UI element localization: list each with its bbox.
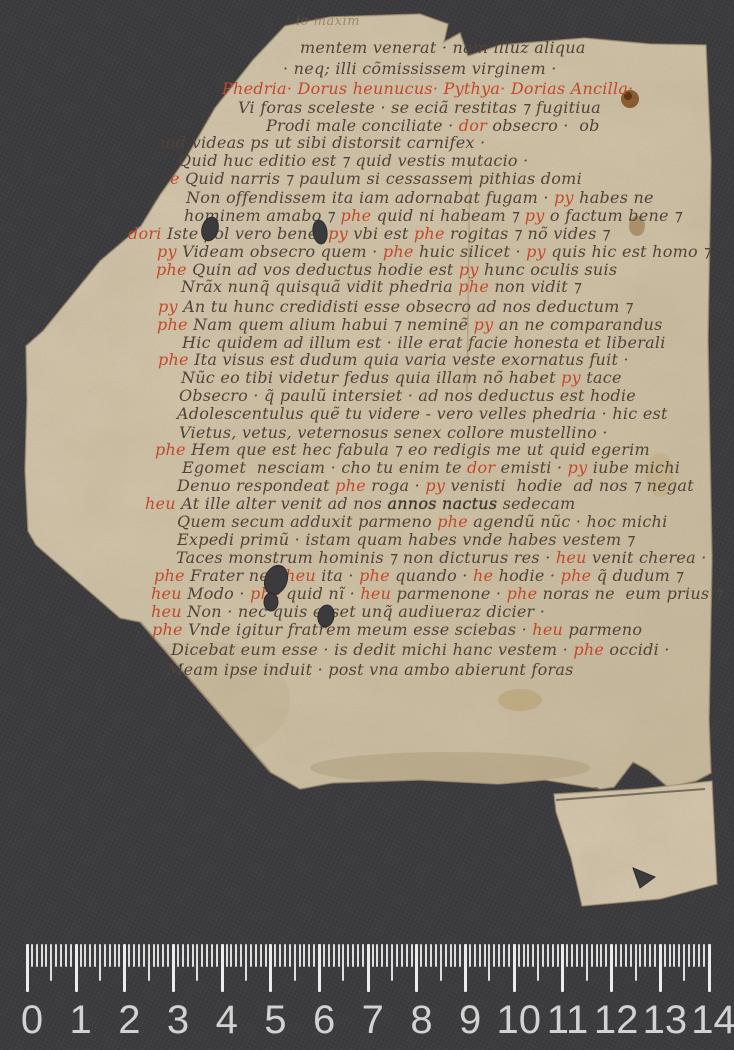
ruler-cm-tick — [221, 944, 224, 992]
ruler-cm-tick — [75, 944, 78, 992]
ruler-mm-tick — [630, 944, 632, 967]
ink-text: mentem venerat · nam illuz aliqua — [300, 38, 586, 57]
ruler-mm-tick — [508, 944, 510, 967]
ruler-mm-tick — [479, 944, 481, 967]
ink-text: Videam obsecro quem · — [182, 242, 383, 261]
ruler-number: 14 — [691, 998, 734, 1043]
ruler-mm-tick — [45, 944, 47, 967]
ruler-mm-tick — [216, 944, 218, 967]
ink-text: quis hic est homo ⁊ — [546, 242, 712, 261]
ruler-halfcm-tick — [635, 944, 637, 981]
ruler-mm-tick — [255, 944, 257, 967]
ink-text: Nam quem alium habui ⁊ neminẽ — [193, 315, 473, 334]
manuscript-line: heu Modo · phe quid nĩ · heu parmenone ·… — [151, 584, 723, 603]
ruler-halfcm-tick — [391, 944, 393, 981]
ink-text: venit cherea · — [587, 548, 707, 567]
ruler-halfcm-tick — [196, 944, 198, 981]
ruler-cm-tick — [318, 944, 321, 992]
ink-text: annos nactus — [387, 494, 497, 513]
ruler-mm-tick — [41, 944, 43, 967]
rubric-text: heu — [145, 494, 181, 513]
ruler-number: 7 — [362, 998, 384, 1043]
ruler-mm-tick — [284, 944, 286, 967]
ruler-mm-tick — [600, 944, 602, 967]
ruler-mm-tick — [469, 944, 471, 967]
manuscript-line: uid videas ps ut sibi distorsit carnifex… — [160, 133, 485, 152]
ruler-number: 11 — [547, 998, 589, 1043]
ruler-number: 12 — [594, 998, 639, 1043]
ruler-mm-tick — [201, 944, 203, 967]
ruler-halfcm-tick — [148, 944, 150, 981]
ruler-mm-tick — [454, 944, 456, 967]
manuscript-line: Denuo respondeat phe roga · py venisti h… — [177, 476, 694, 495]
ruler-mm-tick — [133, 944, 135, 967]
rubric-text: heu — [151, 584, 187, 603]
ruler-mm-tick — [669, 944, 671, 967]
rubric-text: phe — [335, 476, 366, 495]
ruler-mm-tick — [474, 944, 476, 967]
ruler-mm-tick — [328, 944, 330, 967]
manuscript-line: heu Non · nec quis esset unq̃ audiueraz … — [151, 602, 545, 621]
ruler-cm-tick — [415, 944, 418, 992]
ruler-number: 4 — [216, 998, 238, 1043]
ruler-number: 0 — [21, 998, 43, 1043]
ruler-mm-tick — [523, 944, 525, 967]
ruler-number: 3 — [167, 998, 189, 1043]
ruler-mm-tick — [118, 944, 120, 967]
ink-text: Modo · — [187, 584, 250, 603]
ruler-halfcm-tick — [440, 944, 442, 981]
ruler-mm-tick — [503, 944, 505, 967]
ruler-mm-tick — [55, 944, 57, 967]
ruler-mm-tick — [303, 944, 305, 967]
ruler-mm-tick — [484, 944, 486, 967]
rubric-text: phe — [157, 315, 193, 334]
ruler-mm-tick — [347, 944, 349, 967]
ink-text: quando · — [390, 566, 473, 585]
rubric-text: phe — [561, 566, 592, 585]
ruler-mm-tick — [576, 944, 578, 967]
ink-text: habes ne — [574, 188, 654, 207]
ruler-mm-tick — [177, 944, 179, 967]
manuscript-line: Vi foras sceleste · se eciã restitas ⁊ f… — [238, 98, 601, 117]
ruler-mm-tick — [493, 944, 495, 967]
manuscript-line: py Videam obsecro quem · phe huic silice… — [157, 242, 711, 261]
ruler-mm-tick — [323, 944, 325, 967]
ruler-cm-tick — [610, 944, 613, 992]
rubric-text: heu — [556, 548, 587, 567]
ruler-halfcm-tick — [294, 944, 296, 981]
ruler-mm-tick — [411, 944, 413, 967]
rubric-text: py — [554, 188, 574, 207]
manuscript-line: dori Iste pol vero bene py vbi est phe r… — [128, 224, 610, 243]
ink-text: parmeno — [563, 620, 642, 639]
rubric-text: heu — [285, 566, 316, 585]
ruler: 01234567891011121314 — [0, 938, 734, 1050]
ruler-mm-tick — [235, 944, 237, 967]
ruler-mm-tick — [678, 944, 680, 967]
ruler-mm-tick — [357, 944, 359, 967]
rubric-text: py — [157, 242, 182, 261]
ink-text: Vnde igitur fratrem meum esse sciebas · — [188, 620, 532, 639]
ink-text: q̃ dudum ⁊ — [591, 566, 683, 585]
ink-text: Meam ipse induit · post vna ambo abierun… — [167, 660, 574, 679]
rubric-text: py — [561, 368, 581, 387]
ink-text: hominem amabo ⁊ — [184, 206, 341, 225]
ruler-mm-tick — [265, 944, 267, 967]
ruler-mm-tick — [664, 944, 666, 967]
ink-text: · neq; illi cõmississem virginem · — [283, 59, 557, 78]
manuscript-line: Dicebat eum esse · is dedit michi hanc v… — [171, 640, 670, 659]
rubric-text: phe — [458, 277, 489, 296]
rubric-text: py — [328, 224, 348, 243]
ruler-mm-tick — [226, 944, 228, 967]
ruler-halfcm-tick — [537, 944, 539, 981]
ruler-mm-tick — [644, 944, 646, 967]
ruler-mm-tick — [435, 944, 437, 967]
rubric-text: py — [425, 476, 445, 495]
ruler-mm-tick — [157, 944, 159, 967]
ink-text: occidi · — [604, 640, 670, 659]
manuscript-line: phe Ita visus est dudum quia varia veste… — [158, 350, 629, 369]
ink-text: venisti hodie ad nos ⁊ negat — [445, 476, 694, 495]
ink-text: Iste pol vero bene — [167, 224, 328, 243]
ink-text: Taces monstrum hominis ⁊ non dicturus re… — [176, 548, 556, 567]
rubric-text: phe — [154, 566, 190, 585]
ruler-cm-tick — [26, 944, 29, 992]
rubric-text: phe — [250, 584, 281, 603]
ink-text: Non · nec quis esset unq̃ audiueraz dici… — [187, 602, 545, 621]
ruler-cm-tick — [708, 944, 711, 992]
ink-text: At ille alter venit ad nos — [181, 494, 387, 513]
manuscript-line: Nrãx nunq̃ quisquã vidit phedria phe non… — [181, 277, 581, 296]
manuscript-line: phe Frater ne · heu ita · phe quando · h… — [154, 566, 684, 585]
ink-text: huic silicet · — [414, 242, 527, 261]
ruler-mm-tick — [605, 944, 607, 967]
ruler-mm-tick — [386, 944, 388, 967]
ruler-mm-tick — [396, 944, 398, 967]
ruler-mm-tick — [581, 944, 583, 967]
ink-text: Adolescentulus quẽ tu videre - vero vell… — [177, 404, 668, 423]
manuscript-line: Phedria· Dorus heunucus· Pythya· Dorias … — [222, 79, 633, 98]
manuscript-line: phe Hem que est hec fabula ⁊ eo redigis … — [155, 440, 650, 459]
ruler-mm-tick — [274, 944, 276, 967]
ruler-mm-tick — [527, 944, 529, 967]
ruler-mm-tick — [109, 944, 111, 967]
ruler-mm-tick — [625, 944, 627, 967]
ink-text: rogitas ⁊ nõ vides ⁊ — [445, 224, 610, 243]
ink-text: Dicebat eum esse · is dedit michi hanc v… — [171, 640, 573, 659]
ruler-mm-tick — [654, 944, 656, 967]
ruler-halfcm-tick — [50, 944, 52, 981]
ruler-mm-tick — [639, 944, 641, 967]
ink-text: non vidit ⁊ — [489, 277, 581, 296]
ink-text: An tu hunc credidisti esse obsecro ad no… — [183, 297, 633, 316]
manuscript-line: Quid huc editio est ⁊ quid vestis mutaci… — [178, 151, 528, 170]
ruler-mm-tick — [688, 944, 690, 967]
manuscript-line: Quem secum adduxit parmeno phe agendũ nũ… — [177, 512, 667, 531]
rubric-text: Phedria· Dorus heunucus· Pythya· Dorias … — [222, 79, 633, 98]
ink-text: Ita visus est dudum quia varia veste exo… — [194, 350, 629, 369]
manuscript-line: phe Vnde igitur fratrem meum esse scieba… — [152, 620, 642, 639]
ruler-cm-tick — [367, 944, 370, 992]
ruler-mm-tick — [338, 944, 340, 967]
rubric-text: phe — [573, 640, 604, 659]
ruler-cm-tick — [464, 944, 467, 992]
ruler-mm-tick — [289, 944, 291, 967]
ruler-mm-tick — [620, 944, 622, 967]
ruler-mm-tick — [673, 944, 675, 967]
ruler-mm-tick — [615, 944, 617, 967]
ruler-mm-tick — [114, 944, 116, 967]
ruler-mm-tick — [143, 944, 145, 967]
ruler-mm-tick — [450, 944, 452, 967]
ink-text: agendũ nũc · hoc michi — [468, 512, 668, 531]
rubric-text: py — [525, 206, 545, 225]
rubric-text: phe — [155, 440, 191, 459]
ink-text: Vi foras sceleste · se eciã restitas ⁊ f… — [238, 98, 601, 117]
ruler-halfcm-tick — [488, 944, 490, 981]
ruler-halfcm-tick — [99, 944, 101, 981]
ruler-mm-tick — [420, 944, 422, 967]
ink-text: Expedi primũ · istam quam habes vnde hab… — [177, 530, 635, 549]
ruler-number: 9 — [459, 998, 481, 1043]
ink-text: an ne comparandus — [493, 315, 662, 334]
manuscript-line: hominem amabo ⁊ phe quid ni habeam ⁊ py … — [184, 206, 682, 225]
ruler-mm-tick — [138, 944, 140, 967]
ink-text: Hem que est hec fabula ⁊ eo redigis me u… — [191, 440, 650, 459]
ruler-number: 5 — [264, 998, 286, 1043]
ink-text: Non offendissem ita iam adornabat fugam … — [186, 188, 554, 207]
ruler-cm-tick — [172, 944, 175, 992]
rubric-text: phe — [158, 350, 194, 369]
ink-text: quid ni habeam ⁊ — [371, 206, 524, 225]
ruler-mm-tick — [167, 944, 169, 967]
ruler-mm-tick — [65, 944, 67, 967]
ruler-mm-tick — [552, 944, 554, 967]
ruler-mm-tick — [128, 944, 130, 967]
manuscript-line: phe Nam quem alium habui ⁊ neminẽ py an … — [157, 315, 663, 334]
ink-text: parmenone · — [391, 584, 506, 603]
ruler-mm-tick — [381, 944, 383, 967]
manuscript-line: Expedi primũ · istam quam habes vnde hab… — [177, 530, 635, 549]
rubric-text: py — [158, 297, 183, 316]
ruler-mm-tick — [211, 944, 213, 967]
manuscript-text: io maxim mentem venerat · nam illuz aliq… — [0, 0, 734, 1050]
rubric-text: heu — [360, 584, 391, 603]
ruler-halfcm-tick — [245, 944, 247, 981]
ruler-mm-tick — [649, 944, 651, 967]
ink-text: Nũc eo tibi videtur fedus quia illam nõ … — [181, 368, 561, 387]
ink-text: Quid huc editio est ⁊ quid vestis mutaci… — [178, 151, 528, 170]
ruler-mm-tick — [445, 944, 447, 967]
manuscript-photo: io maxim mentem venerat · nam illuz aliq… — [0, 0, 734, 1050]
ruler-mm-tick — [698, 944, 700, 967]
ink-text: noras ne eum prius ⁊ — [537, 584, 723, 603]
strip-fragment-text: io maxim — [296, 14, 360, 29]
ink-text: Denuo respondeat — [177, 476, 335, 495]
ruler-cm-tick — [561, 944, 564, 992]
ruler-mm-tick — [547, 944, 549, 967]
manuscript-line: py An tu hunc credidisti esse obsecro ad… — [158, 297, 633, 316]
manuscript-line: Taces monstrum hominis ⁊ non dicturus re… — [176, 548, 707, 567]
ruler-mm-tick — [240, 944, 242, 967]
rubric-text: py — [526, 242, 546, 261]
ruler-mm-tick — [518, 944, 520, 967]
rubric-text: phe — [383, 242, 414, 261]
manuscript-line: Meam ipse induit · post vna ambo abierun… — [167, 660, 574, 679]
ruler-halfcm-tick — [342, 944, 344, 981]
rubric-text: dor — [467, 458, 495, 477]
ruler-mm-tick — [532, 944, 534, 967]
ruler-number: 1 — [70, 998, 92, 1043]
ink-text: quid nĩ · — [281, 584, 361, 603]
ruler-mm-tick — [94, 944, 96, 967]
rubric-text: he — [473, 566, 493, 585]
ruler-mm-tick — [693, 944, 695, 967]
ruler-mm-tick — [182, 944, 184, 967]
ruler-mm-tick — [425, 944, 427, 967]
rubric-text: heu — [532, 620, 563, 639]
ink-text: emisti · — [495, 458, 567, 477]
manuscript-line: mentem venerat · nam illuz aliqua — [300, 38, 586, 57]
ruler-mm-tick — [571, 944, 573, 967]
ruler-halfcm-tick — [586, 944, 588, 981]
ruler-mm-tick — [498, 944, 500, 967]
ruler-number: 6 — [313, 998, 335, 1043]
ruler-number: 8 — [410, 998, 432, 1043]
rubric-text: dori — [128, 224, 167, 243]
ruler-mm-tick — [703, 944, 705, 967]
ruler-mm-tick — [187, 944, 189, 967]
ruler-mm-tick — [352, 944, 354, 967]
ink-text: obsecro · ob — [487, 116, 600, 135]
ruler-mm-tick — [591, 944, 593, 967]
ink-text: Frater ne · — [190, 566, 285, 585]
ink-text: sedecam — [497, 494, 575, 513]
ink-text: Egomet nesciam · cho tu enim te — [182, 458, 467, 477]
ink-text: hodie · — [493, 566, 560, 585]
ruler-mm-tick — [362, 944, 364, 967]
ruler-mm-tick — [70, 944, 72, 967]
ink-text: Obsecro · q̃ paulũ intersiet · ad nos de… — [179, 386, 636, 405]
ruler-mm-tick — [308, 944, 310, 967]
ink-text: roga · — [366, 476, 425, 495]
rubric-text: phe — [437, 512, 468, 531]
ruler-cm-tick — [123, 944, 126, 992]
rubric-text: phe — [359, 566, 390, 585]
ruler-mm-tick — [596, 944, 598, 967]
ruler-number: 10 — [497, 998, 542, 1043]
ink-text: uid videas ps ut sibi distorsit carnifex… — [160, 133, 485, 152]
ink-text: Quem secum adduxit parmeno — [177, 512, 437, 531]
ruler-mm-tick — [80, 944, 82, 967]
ruler-mm-tick — [260, 944, 262, 967]
rubric-text: py — [474, 315, 494, 334]
manuscript-line: heu At ille alter venit ad nos annos nac… — [145, 494, 575, 513]
rubric-text: e — [170, 169, 185, 188]
ruler-number: 13 — [643, 998, 688, 1043]
rubric-text: phe — [507, 584, 538, 603]
ruler-mm-tick — [230, 944, 232, 967]
ruler-number: 2 — [118, 998, 140, 1043]
rubric-text: phe — [341, 206, 372, 225]
ruler-mm-tick — [162, 944, 164, 967]
ruler-halfcm-tick — [683, 944, 685, 981]
rubric-text: phe — [152, 620, 188, 639]
ruler-mm-tick — [406, 944, 408, 967]
ruler-mm-tick — [60, 944, 62, 967]
rubric-text: phe — [414, 224, 445, 243]
manuscript-line: Egomet nesciam · cho tu enim te dor emis… — [182, 458, 680, 477]
manuscript-line: Adolescentulus quẽ tu videre - vero vell… — [177, 404, 668, 423]
ruler-mm-tick — [89, 944, 91, 967]
manuscript-line: Obsecro · q̃ paulũ intersiet · ad nos de… — [179, 386, 636, 405]
ruler-mm-tick — [333, 944, 335, 967]
ruler-mm-tick — [557, 944, 559, 967]
ruler-cm-tick — [513, 944, 516, 992]
ink-text: Quid narris ⁊ paulum si cessassem pithia… — [185, 169, 582, 188]
ruler-mm-tick — [372, 944, 374, 967]
manuscript-line: Nũc eo tibi videtur fedus quia illam nõ … — [181, 368, 622, 387]
rubric-text: py — [568, 458, 588, 477]
ruler-mm-tick — [279, 944, 281, 967]
ruler-mm-tick — [104, 944, 106, 967]
ruler-cm-tick — [269, 944, 272, 992]
ink-text: Nrãx nunq̃ quisquã vidit phedria — [181, 277, 458, 296]
manuscript-line: · neq; illi cõmississem virginem · — [283, 59, 557, 78]
ruler-mm-tick — [153, 944, 155, 967]
ruler-mm-tick — [250, 944, 252, 967]
ruler-mm-tick — [313, 944, 315, 967]
ink-text: ita · — [316, 566, 359, 585]
ink-text: iube michi — [587, 458, 680, 477]
ruler-mm-tick — [459, 944, 461, 967]
ink-text: o factum bene ⁊ — [545, 206, 683, 225]
ruler-mm-tick — [376, 944, 378, 967]
ruler-mm-tick — [31, 944, 33, 967]
ruler-mm-tick — [192, 944, 194, 967]
ruler-mm-tick — [206, 944, 208, 967]
manuscript-line: e Quid narris ⁊ paulum si cessassem pith… — [170, 169, 582, 188]
ruler-mm-tick — [542, 944, 544, 967]
ruler-mm-tick — [401, 944, 403, 967]
rubric-text: heu — [151, 602, 187, 621]
ruler-mm-tick — [430, 944, 432, 967]
ruler-mm-tick — [84, 944, 86, 967]
ruler-mm-tick — [566, 944, 568, 967]
ink-text: vbi est — [348, 224, 414, 243]
ruler-mm-tick — [299, 944, 301, 967]
ruler-cm-tick — [659, 944, 662, 992]
ink-text: tace — [581, 368, 622, 387]
manuscript-line: Non offendissem ita iam adornabat fugam … — [186, 188, 654, 207]
ruler-mm-tick — [36, 944, 38, 967]
